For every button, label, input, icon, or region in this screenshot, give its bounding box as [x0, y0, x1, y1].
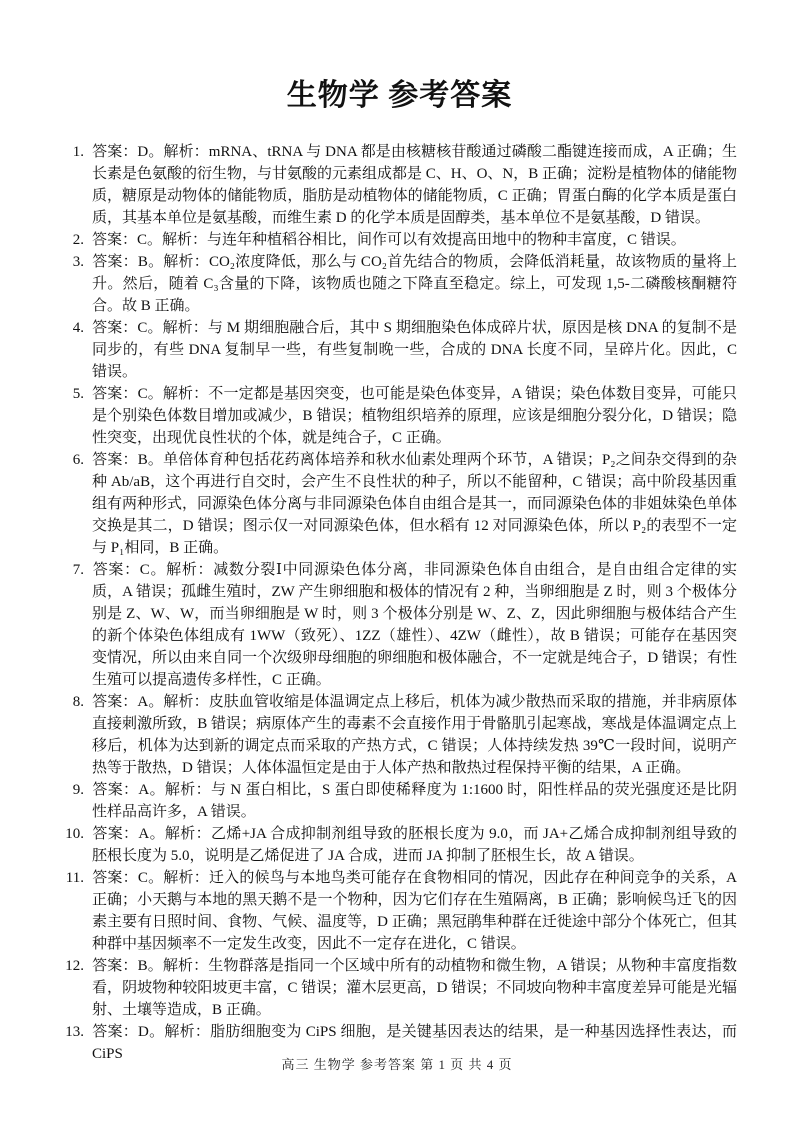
item-number: 8.	[62, 691, 84, 713]
answer-item: 4.答案：C。解析：与 M 期细胞融合后，其中 S 期细胞染色体成碎片状，原因是…	[62, 317, 737, 383]
item-text: 答案：D。解析：mRNA、tRNA 与 DNA 都是由核糖核苷酸通过磷酸二酯键连…	[92, 144, 737, 226]
answer-list: 1.答案：D。解析：mRNA、tRNA 与 DNA 都是由核糖核苷酸通过磷酸二酯…	[62, 141, 737, 1065]
answer-item: 3.答案：B。解析：CO₂浓度降低，那么与 CO₂首先结合的物质，会降低消耗量，…	[62, 251, 737, 317]
item-number: 10.	[62, 823, 84, 845]
item-text: 答案：B。解析：CO₂浓度降低，那么与 CO₂首先结合的物质，会降低消耗量，故该…	[92, 254, 737, 314]
item-text: 答案：B。单倍体育种包括花药离体培养和秋水仙素处理两个环节，A 错误；P₂之间杂…	[92, 452, 737, 556]
answer-item: 9.答案：A。解析：与 N 蛋白相比，S 蛋白即使稀释度为 1:1600 时，阳…	[62, 779, 737, 823]
item-number: 4.	[62, 317, 84, 339]
item-number: 2.	[62, 229, 84, 251]
item-number: 6.	[62, 449, 84, 471]
item-text: 答案：B。解析：生物群落是指同一个区域中所有的动植物和微生物，A 错误；从物种丰…	[92, 958, 737, 1018]
item-number: 12.	[62, 955, 84, 977]
item-number: 9.	[62, 779, 84, 801]
item-text: 答案：A。解析：与 N 蛋白相比，S 蛋白即使稀释度为 1:1600 时，阳性样…	[92, 782, 737, 820]
answer-item: 8.答案：A。解析：皮肤血管收缩是体温调定点上移后，机体为减少散热而采取的措施，…	[62, 691, 737, 779]
item-text: 答案：A。解析：皮肤血管收缩是体温调定点上移后，机体为减少散热而采取的措施，并非…	[92, 694, 737, 776]
item-number: 5.	[62, 383, 84, 405]
page-title: 生物学 参考答案	[62, 78, 737, 114]
item-number: 1.	[62, 141, 84, 163]
item-text: 答案：C。解析：与连年种植稻谷相比，间作可以有效提高田地中的物种丰富度，C 错误…	[92, 232, 686, 248]
answer-item: 6.答案：B。单倍体育种包括花药离体培养和秋水仙素处理两个环节，A 错误；P₂之…	[62, 449, 737, 559]
item-number: 11.	[62, 867, 84, 889]
answer-item: 11.答案：C。解析：迁入的候鸟与本地鸟类可能存在食物相同的情况，因此存在种间竞…	[62, 867, 737, 955]
page-footer: 高三 生物学 参考答案 第 1 页 共 4 页	[0, 1054, 794, 1073]
answer-item: 5.答案：C。解析：不一定都是基因突变，也可能是染色体变异，A 错误；染色体数目…	[62, 383, 737, 449]
item-text: 答案：A。解析：乙烯+JA 合成抑制剂组导致的胚根长度为 9.0，而 JA+乙烯…	[92, 826, 737, 864]
document-page: 生物学 参考答案 1.答案：D。解析：mRNA、tRNA 与 DNA 都是由核糖…	[0, 0, 794, 1123]
item-text: 答案：C。解析：迁入的候鸟与本地鸟类可能存在食物相同的情况，因此存在种间竞争的关…	[92, 870, 737, 952]
item-text: 答案：C。解析：减数分裂Ⅰ中同源染色体分离，非同源染色体自由组合，是自由组合定律…	[92, 562, 737, 688]
item-number: 13.	[62, 1021, 84, 1043]
answer-item: 2.答案：C。解析：与连年种植稻谷相比，间作可以有效提高田地中的物种丰富度，C …	[62, 229, 737, 251]
item-text: 答案：C。解析：不一定都是基因突变，也可能是染色体变异，A 错误；染色体数目变异…	[92, 386, 737, 446]
item-text: 答案：C。解析：与 M 期细胞融合后，其中 S 期细胞染色体成碎片状，原因是核 …	[92, 320, 737, 380]
answer-item: 10.答案：A。解析：乙烯+JA 合成抑制剂组导致的胚根长度为 9.0，而 JA…	[62, 823, 737, 867]
answer-item: 1.答案：D。解析：mRNA、tRNA 与 DNA 都是由核糖核苷酸通过磷酸二酯…	[62, 141, 737, 229]
item-number: 7.	[62, 559, 84, 581]
item-number: 3.	[62, 251, 84, 273]
answer-item: 12.答案：B。解析：生物群落是指同一个区域中所有的动植物和微生物，A 错误；从…	[62, 955, 737, 1021]
answer-item: 7.答案：C。解析：减数分裂Ⅰ中同源染色体分离，非同源染色体自由组合，是自由组合…	[62, 559, 737, 691]
